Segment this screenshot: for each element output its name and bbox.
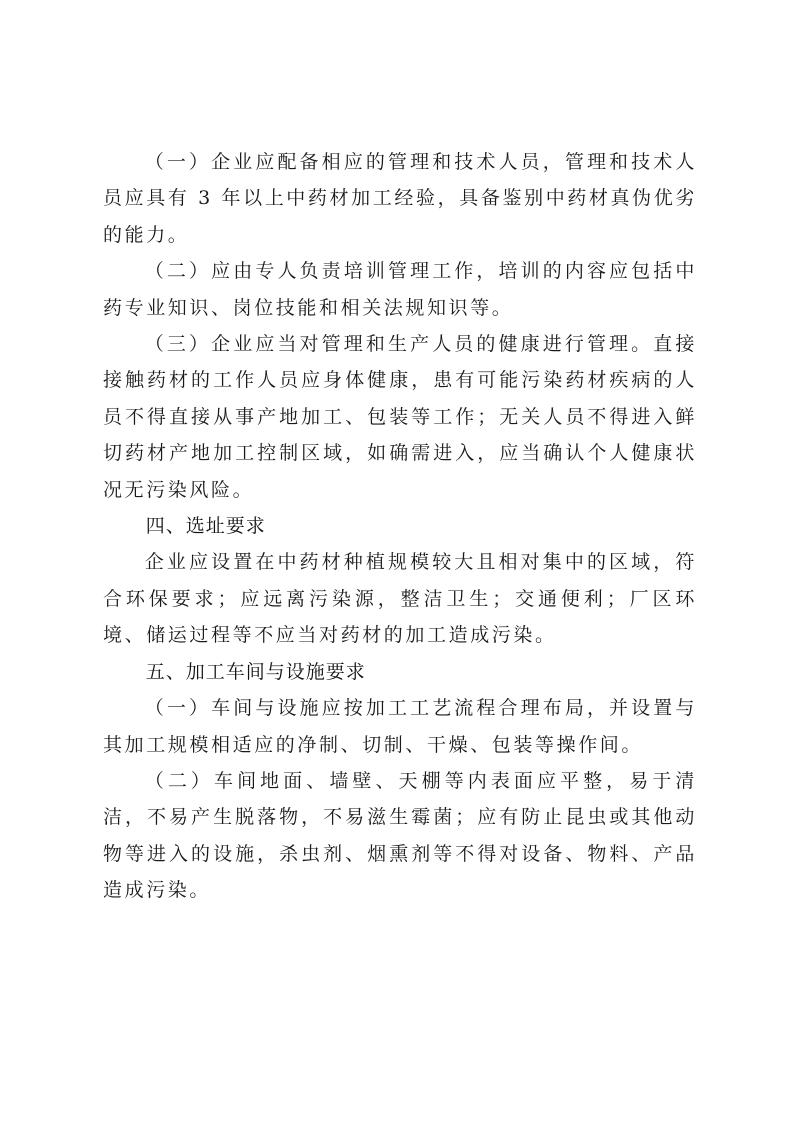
section-heading-site-selection: 四、选址要求 bbox=[103, 508, 697, 544]
section-heading-workshop-facilities: 五、加工车间与设施要求 bbox=[103, 654, 697, 690]
paragraph-staff-qualification: （一）企业应配备相应的管理和技术人员，管理和技术人员应具有 3 年以上中药材加工… bbox=[103, 144, 697, 253]
paragraph-training-management: （二）应由专人负责培训管理工作，培训的内容应包括中药专业知识、岗位技能和相关法规… bbox=[103, 253, 697, 326]
paragraph-workshop-layout: （一）车间与设施应按加工工艺流程合理布局，并设置与其加工规模相适应的净制、切制、… bbox=[103, 690, 697, 763]
paragraph-workshop-surfaces: （二）车间地面、墙壁、天棚等内表面应平整，易于清洁，不易产生脱落物，不易滋生霉菌… bbox=[103, 763, 697, 909]
paragraph-site-selection: 企业应设置在中药材种植规模较大且相对集中的区域，符合环保要求；应远离污染源，整洁… bbox=[103, 544, 697, 653]
document-page: （一）企业应配备相应的管理和技术人员，管理和技术人员应具有 3 年以上中药材加工… bbox=[103, 144, 697, 909]
paragraph-health-management: （三）企业应当对管理和生产人员的健康进行管理。直接接触药材的工作人员应身体健康，… bbox=[103, 326, 697, 508]
